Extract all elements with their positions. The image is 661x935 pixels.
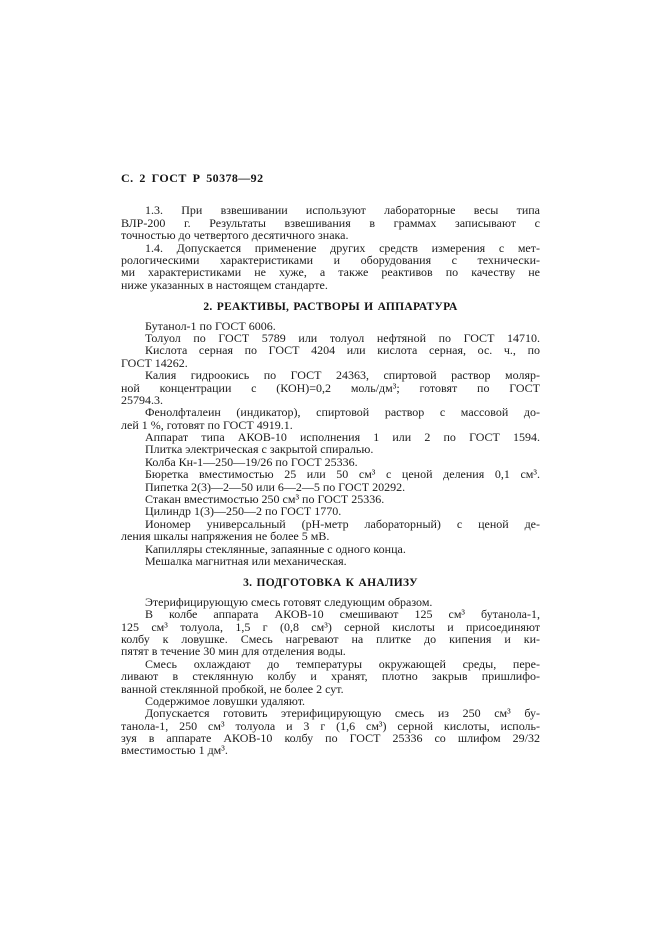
document-content: 1.3. При взвешивании используют лаборато… [121, 204, 540, 756]
paragraph: Смесь охлаждают до температуры окружающе… [121, 658, 540, 695]
paragraph: 1.4. Допускается применение других средс… [121, 242, 540, 292]
text-line: ми характеристиками не хуже, а также реа… [121, 266, 540, 278]
paragraph: Цилиндр 1(3)—250—2 по ГОСТ 1770. [121, 505, 540, 517]
text-line: Бюретка вместимостью 25 или 50 см³ с цен… [121, 468, 540, 480]
text-line: ления шкалы напряжения не более 5 мВ. [121, 530, 540, 542]
text-line: Калия гидроокись по ГОСТ 24363, спиртово… [121, 369, 540, 381]
paragraph: Калия гидроокись по ГОСТ 24363, спиртово… [121, 369, 540, 406]
section-heading: 2. РЕАКТИВЫ, РАСТВОРЫ И АППАРАТУРА [121, 301, 540, 313]
paragraph: Бюретка вместимостью 25 или 50 см³ с цен… [121, 468, 540, 480]
text-line: Фенолфталеин (индикатор), спиртовой раст… [121, 406, 540, 418]
text-line: вместимостью 1 дм³. [121, 744, 540, 756]
paragraph: Иономер универсальный (рН-метр лаборатор… [121, 518, 540, 543]
text-line: Допускается готовить этерифицирующую сме… [121, 707, 540, 719]
paragraph: Мешалка магнитная или механическая. [121, 555, 540, 567]
paragraph: Фенолфталеин (индикатор), спиртовой раст… [121, 406, 540, 431]
paragraph: Кислота серная по ГОСТ 4204 или кислота … [121, 344, 540, 369]
running-header: С. 2 ГОСТ Р 50378—92 [121, 172, 540, 184]
document-page: С. 2 ГОСТ Р 50378—92 1.3. При взвешивани… [121, 172, 540, 757]
text-line: ной концентрации с (КОН)=0,2 моль/дм³; г… [121, 382, 540, 394]
text-line: Кислота серная по ГОСТ 4204 или кислота … [121, 344, 540, 356]
text-line: пятят в течение 30 мин для отделения вод… [121, 645, 540, 657]
text-line: Плитка электрическая с закрытой спиралью… [121, 443, 540, 455]
paragraph: 1.3. При взвешивании используют лаборато… [121, 204, 540, 241]
paragraph: Плитка электрическая с закрытой спиралью… [121, 443, 540, 455]
text-line: ниже указанных в настоящем стандарте. [121, 279, 540, 291]
section-heading: 3. ПОДГОТОВКА К АНАЛИЗУ [121, 577, 540, 589]
text-line: Мешалка магнитная или механическая. [121, 555, 540, 567]
paragraph: В колбе аппарата АКОВ-10 смешивают 125 с… [121, 608, 540, 658]
text-line: точностью до четвертого десятичного знак… [121, 229, 540, 241]
paragraph: Допускается готовить этерифицирующую сме… [121, 707, 540, 757]
text-line: В колбе аппарата АКОВ-10 смешивают 125 с… [121, 608, 540, 620]
text-line: ливают в стеклянную колбу и хранят, плот… [121, 670, 540, 682]
text-line: 1.3. При взвешивании используют лаборато… [121, 204, 540, 216]
text-line: Цилиндр 1(3)—250—2 по ГОСТ 1770. [121, 505, 540, 517]
